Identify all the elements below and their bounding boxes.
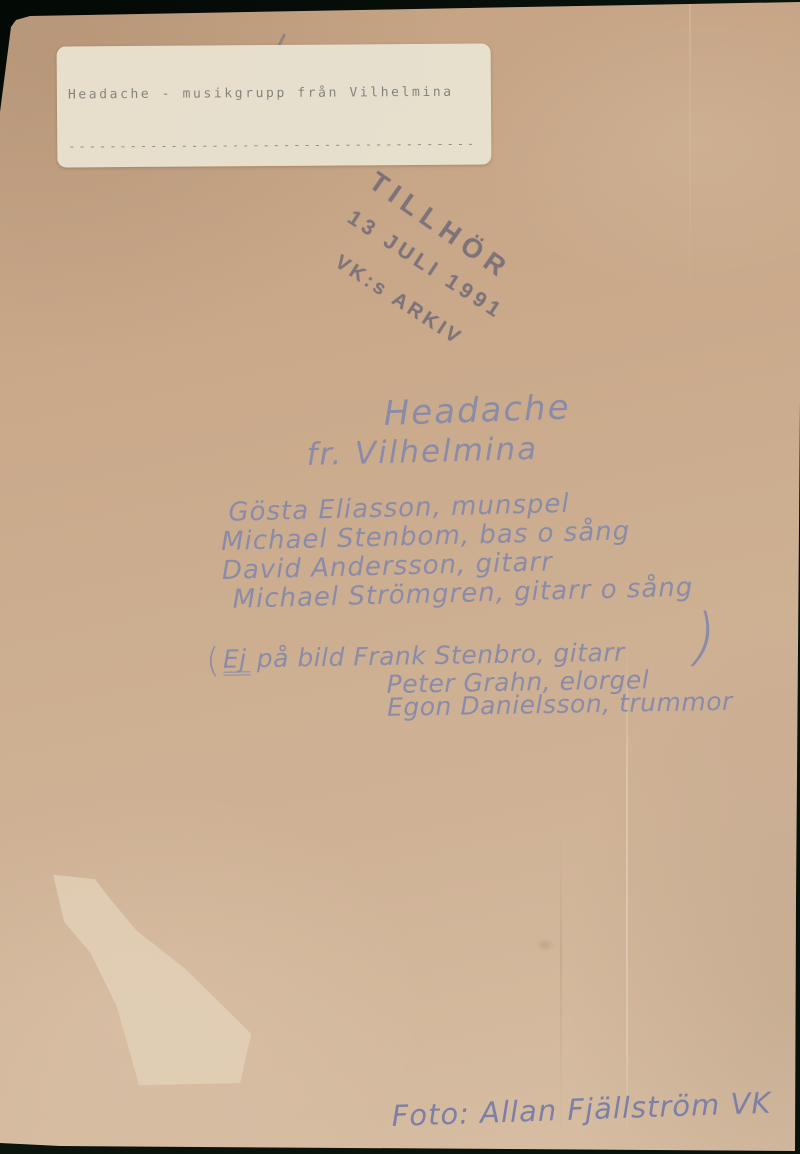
label-title: Headache - musikgrupp från Vilhelmina — [68, 83, 491, 104]
ej-underlined: Ej — [223, 647, 250, 675]
archive-label-sticker: Headache - musikgrupp från Vilhelmina --… — [57, 43, 492, 167]
handwritten-band-name: Headache — [383, 387, 571, 433]
photo-paper-back: Headache - musikgrupp från Vilhelmina --… — [0, 0, 800, 1154]
handwritten-member-list: Gösta Eliasson, munspel Michael Stenbom,… — [220, 487, 694, 615]
photo-credit: Foto: Allan Fjällström VK — [391, 1086, 772, 1133]
not-pictured-line-3: Egon Danielsson, trummor — [387, 690, 733, 719]
label-divider: ---------------------------------------- — [68, 135, 484, 156]
handwritten-band-origin: fr. Vilhelmina — [306, 431, 539, 473]
open-paren: ( — [206, 641, 220, 681]
crease-line — [689, 4, 691, 314]
close-paren: ) — [688, 625, 718, 653]
handwritten-not-pictured-note: (Ejpå bild Frank Stenbro, gitarr Peter G… — [206, 639, 733, 722]
tape-residue-mark — [40, 868, 260, 1092]
